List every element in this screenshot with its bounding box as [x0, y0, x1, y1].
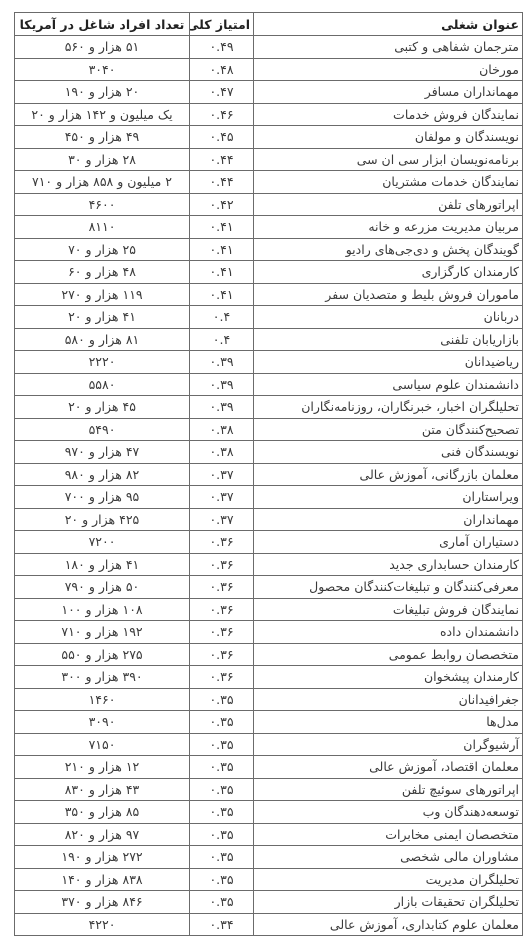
job-title-cell: آرشیوگران	[254, 733, 523, 756]
table-row: کارمندان حسابداری جدید۰.۳۶۴۱ هزار و ۱۸۰	[15, 553, 523, 576]
score-cell: ۰.۴۱	[190, 238, 254, 261]
job-title-cell: برنامه‌نویسان ابزار سی ان سی	[254, 148, 523, 171]
table-row: نمایندگان فروش تبلیغات۰.۳۶۱۰۸ هزار و ۱۰۰	[15, 598, 523, 621]
score-cell: ۰.۴۸	[190, 58, 254, 81]
job-title-cell: معلمان بازرگانی، آموزش عالی	[254, 463, 523, 486]
employment-count-cell: ۴۲۲۰	[15, 913, 190, 936]
job-title-cell: متخصصان ایمنی مخابرات	[254, 823, 523, 846]
table-row: نمایندگان خدمات مشتریان۰.۴۴۲ میلیون و ۸۵…	[15, 171, 523, 194]
score-cell: ۰.۴۱	[190, 261, 254, 284]
score-cell: ۰.۳۹	[190, 373, 254, 396]
score-cell: ۰.۳۵	[190, 801, 254, 824]
table-row: کارمندان پیشخوان۰.۳۶۳۹۰ هزار و ۳۰۰	[15, 666, 523, 689]
table-row: مهمانداران۰.۳۷۴۲۵ هزار و ۲۰	[15, 508, 523, 531]
employment-count-cell: ۴۲۵ هزار و ۲۰	[15, 508, 190, 531]
job-title-cell: گویندگان پخش و دی‌جی‌های رادیو	[254, 238, 523, 261]
job-title-cell: اپراتورهای سوئیچ تلفن	[254, 778, 523, 801]
table-row: توسعه‌دهندگان وب۰.۳۵۸۵ هزار و ۳۵۰	[15, 801, 523, 824]
employment-count-cell: ۴۶۰۰	[15, 193, 190, 216]
score-cell: ۰.۳۵	[190, 823, 254, 846]
table-row: آرشیوگران۰.۳۵۷۱۵۰	[15, 733, 523, 756]
employment-count-cell: ۱۹۲ هزار و ۷۱۰	[15, 621, 190, 644]
header-us-employment: تعداد افراد شاغل در آمریکا	[15, 13, 190, 36]
job-title-cell: کارمندان پیشخوان	[254, 666, 523, 689]
job-title-cell: تحلیلگران اخبار، خبرنگاران، روزنامه‌نگار…	[254, 396, 523, 419]
employment-count-cell: ۴۱ هزار و ۲۰	[15, 306, 190, 329]
employment-count-cell: ۷۲۰۰	[15, 531, 190, 554]
job-title-cell: معرفی‌کنندگان و تبلیغات‌کنندگان محصول	[254, 576, 523, 599]
score-cell: ۰.۳۵	[190, 756, 254, 779]
score-cell: ۰.۳۷	[190, 508, 254, 531]
employment-count-cell: ۴۳ هزار و ۸۳۰	[15, 778, 190, 801]
score-cell: ۰.۳۴	[190, 913, 254, 936]
table-row: ماموران فروش بلیط و متصدیان سفر۰.۴۱۱۱۹ ه…	[15, 283, 523, 306]
job-title-cell: تحلیلگران تحقیقات بازار	[254, 891, 523, 914]
job-title-cell: تحلیلگران مدیریت	[254, 868, 523, 891]
score-cell: ۰.۴۷	[190, 81, 254, 104]
table-row: معرفی‌کنندگان و تبلیغات‌کنندگان محصول۰.۳…	[15, 576, 523, 599]
employment-count-cell: ۸۲ هزار و ۹۸۰	[15, 463, 190, 486]
score-cell: ۰.۴۶	[190, 103, 254, 126]
employment-count-cell: ۵۵۸۰	[15, 373, 190, 396]
job-title-cell: مترجمان شفاهی و کتبی	[254, 36, 523, 59]
score-cell: ۰.۳۶	[190, 531, 254, 554]
employment-count-cell: ۸۵ هزار و ۳۵۰	[15, 801, 190, 824]
score-cell: ۰.۳۷	[190, 486, 254, 509]
job-title-cell: ریاضیدانان	[254, 351, 523, 374]
employment-count-cell: ۹۵ هزار و ۷۰۰	[15, 486, 190, 509]
employment-count-cell: ۵۰ هزار و ۷۹۰	[15, 576, 190, 599]
employment-count-cell: ۴۵ هزار و ۲۰	[15, 396, 190, 419]
table-row: متخصصان روابط عمومی۰.۳۶۲۷۵ هزار و ۵۵۰	[15, 643, 523, 666]
score-cell: ۰.۴۴	[190, 171, 254, 194]
score-cell: ۰.۴۵	[190, 126, 254, 149]
table-row: دانشمندان داده۰.۳۶۱۹۲ هزار و ۷۱۰	[15, 621, 523, 644]
score-cell: ۰.۴۴	[190, 148, 254, 171]
score-cell: ۰.۳۵	[190, 778, 254, 801]
employment-count-cell: ۱۱۹ هزار و ۲۷۰	[15, 283, 190, 306]
score-cell: ۰.۳۹	[190, 396, 254, 419]
table-body: مترجمان شفاهی و کتبی۰.۴۹۵۱ هزار و ۵۶۰مور…	[15, 36, 523, 936]
job-title-cell: دانشمندان داده	[254, 621, 523, 644]
score-cell: ۰.۳۹	[190, 351, 254, 374]
job-title-cell: متخصصان روابط عمومی	[254, 643, 523, 666]
employment-count-cell: ۸۱۱۰	[15, 216, 190, 239]
job-title-cell: توسعه‌دهندگان وب	[254, 801, 523, 824]
job-title-cell: مربیان مدیریت مزرعه و خانه	[254, 216, 523, 239]
employment-count-cell: ۱۴۶۰	[15, 688, 190, 711]
job-title-cell: دانشمندان علوم سیاسی	[254, 373, 523, 396]
table-row: نویسندگان و مولفان۰.۴۵۴۹ هزار و ۴۵۰	[15, 126, 523, 149]
employment-count-cell: ۴۹ هزار و ۴۵۰	[15, 126, 190, 149]
employment-count-cell: ۳۰۴۰	[15, 58, 190, 81]
score-cell: ۰.۳۶	[190, 643, 254, 666]
job-title-cell: جغرافیدانان	[254, 688, 523, 711]
table-row: مشاوران مالی شخصی۰.۳۵۲۷۲ هزار و ۱۹۰	[15, 846, 523, 869]
job-title-cell: نمایندگان فروش تبلیغات	[254, 598, 523, 621]
table-row: دستیاران آماری۰.۳۶۷۲۰۰	[15, 531, 523, 554]
employment-count-cell: ۲۲۲۰	[15, 351, 190, 374]
table-row: بازاریابان تلفنی۰.۴۸۱ هزار و ۵۸۰	[15, 328, 523, 351]
employment-count-cell: یک میلیون و ۱۴۲ هزار و ۲۰	[15, 103, 190, 126]
table-row: دربانان۰.۴۴۱ هزار و ۲۰	[15, 306, 523, 329]
employment-count-cell: ۲۵ هزار و ۷۰	[15, 238, 190, 261]
employment-count-cell: ۲۸ هزار و ۳۰	[15, 148, 190, 171]
score-cell: ۰.۳۵	[190, 733, 254, 756]
table-row: تحلیلگران تحقیقات بازار۰.۳۵۸۴۶ هزار و ۳۷…	[15, 891, 523, 914]
score-cell: ۰.۳۶	[190, 576, 254, 599]
table-row: ویراستاران۰.۳۷۹۵ هزار و ۷۰۰	[15, 486, 523, 509]
table-row: تحلیلگران اخبار، خبرنگاران، روزنامه‌نگار…	[15, 396, 523, 419]
score-cell: ۰.۴۱	[190, 283, 254, 306]
employment-count-cell: ۴۸ هزار و ۶۰	[15, 261, 190, 284]
job-title-cell: نویسندگان فنی	[254, 441, 523, 464]
table-row: مدل‌ها۰.۳۵۳۰۹۰	[15, 711, 523, 734]
header-overall-score: امتیاز کلی	[190, 13, 254, 36]
table-row: متخصصان ایمنی مخابرات۰.۳۵۹۷ هزار و ۸۲۰	[15, 823, 523, 846]
job-title-cell: مورخان	[254, 58, 523, 81]
table-row: معلمان بازرگانی، آموزش عالی۰.۳۷۸۲ هزار و…	[15, 463, 523, 486]
employment-count-cell: ۲۷۲ هزار و ۱۹۰	[15, 846, 190, 869]
employment-count-cell: ۳۰۹۰	[15, 711, 190, 734]
job-title-cell: مهمانداران مسافر	[254, 81, 523, 104]
job-title-cell: ویراستاران	[254, 486, 523, 509]
employment-count-cell: ۴۷ هزار و ۹۷۰	[15, 441, 190, 464]
header-job-title: عنوان شغلی	[254, 13, 523, 36]
score-cell: ۰.۴۱	[190, 216, 254, 239]
job-title-cell: مشاوران مالی شخصی	[254, 846, 523, 869]
table-row: نویسندگان فنی۰.۳۸۴۷ هزار و ۹۷۰	[15, 441, 523, 464]
table-row: مهمانداران مسافر۰.۴۷۲۰ هزار و ۱۹۰	[15, 81, 523, 104]
employment-count-cell: ۲ میلیون و ۸۵۸ هزار و ۷۱۰	[15, 171, 190, 194]
score-cell: ۰.۴	[190, 306, 254, 329]
job-title-cell: کارمندان کارگزاری	[254, 261, 523, 284]
employment-count-cell: ۳۹۰ هزار و ۳۰۰	[15, 666, 190, 689]
job-title-cell: معلمان اقتصاد، آموزش عالی	[254, 756, 523, 779]
score-cell: ۰.۳۶	[190, 621, 254, 644]
score-cell: ۰.۳۷	[190, 463, 254, 486]
job-title-cell: نمایندگان خدمات مشتریان	[254, 171, 523, 194]
score-cell: ۰.۴۲	[190, 193, 254, 216]
employment-count-cell: ۵۱ هزار و ۵۶۰	[15, 36, 190, 59]
job-title-cell: معلمان علوم کتابداری، آموزش عالی	[254, 913, 523, 936]
job-title-cell: اپراتورهای تلفن	[254, 193, 523, 216]
table-row: ریاضیدانان۰.۳۹۲۲۲۰	[15, 351, 523, 374]
job-title-cell: نویسندگان و مولفان	[254, 126, 523, 149]
table-row: معلمان اقتصاد، آموزش عالی۰.۳۵۱۲ هزار و ۲…	[15, 756, 523, 779]
employment-count-cell: ۸۱ هزار و ۵۸۰	[15, 328, 190, 351]
table-row: گویندگان پخش و دی‌جی‌های رادیو۰.۴۱۲۵ هزا…	[15, 238, 523, 261]
job-title-cell: مدل‌ها	[254, 711, 523, 734]
table-row: اپراتورهای سوئیچ تلفن۰.۳۵۴۳ هزار و ۸۳۰	[15, 778, 523, 801]
job-title-cell: کارمندان حسابداری جدید	[254, 553, 523, 576]
score-cell: ۰.۳۶	[190, 553, 254, 576]
job-title-cell: ماموران فروش بلیط و متصدیان سفر	[254, 283, 523, 306]
employment-count-cell: ۱۲ هزار و ۲۱۰	[15, 756, 190, 779]
table-row: کارمندان کارگزاری۰.۴۱۴۸ هزار و ۶۰	[15, 261, 523, 284]
table-row: نمایندگان فروش خدمات۰.۴۶یک میلیون و ۱۴۲ …	[15, 103, 523, 126]
table-row: مترجمان شفاهی و کتبی۰.۴۹۵۱ هزار و ۵۶۰	[15, 36, 523, 59]
table-row: تصحیح‌کنندگان متن۰.۳۸۵۴۹۰	[15, 418, 523, 441]
score-cell: ۰.۳۵	[190, 846, 254, 869]
table-row: دانشمندان علوم سیاسی۰.۳۹۵۵۸۰	[15, 373, 523, 396]
score-cell: ۰.۴۹	[190, 36, 254, 59]
score-cell: ۰.۴	[190, 328, 254, 351]
score-cell: ۰.۳۸	[190, 418, 254, 441]
employment-count-cell: ۷۱۵۰	[15, 733, 190, 756]
job-title-cell: نمایندگان فروش خدمات	[254, 103, 523, 126]
employment-count-cell: ۲۰ هزار و ۱۹۰	[15, 81, 190, 104]
table-row: اپراتورهای تلفن۰.۴۲۴۶۰۰	[15, 193, 523, 216]
header-row: عنوان شغلی امتیاز کلی تعداد افراد شاغل د…	[15, 13, 523, 36]
employment-count-cell: ۵۴۹۰	[15, 418, 190, 441]
table-row: تحلیلگران مدیریت۰.۳۵۸۳۸ هزار و ۱۴۰	[15, 868, 523, 891]
table-row: مورخان۰.۴۸۳۰۴۰	[15, 58, 523, 81]
table-row: مربیان مدیریت مزرعه و خانه۰.۴۱۸۱۱۰	[15, 216, 523, 239]
employment-count-cell: ۸۴۶ هزار و ۳۷۰	[15, 891, 190, 914]
jobs-table: عنوان شغلی امتیاز کلی تعداد افراد شاغل د…	[14, 12, 523, 936]
job-title-cell: بازاریابان تلفنی	[254, 328, 523, 351]
employment-count-cell: ۲۷۵ هزار و ۵۵۰	[15, 643, 190, 666]
score-cell: ۰.۳۶	[190, 598, 254, 621]
table-row: جغرافیدانان۰.۳۵۱۴۶۰	[15, 688, 523, 711]
table-row: معلمان علوم کتابداری، آموزش عالی۰.۳۴۴۲۲۰	[15, 913, 523, 936]
score-cell: ۰.۳۵	[190, 868, 254, 891]
job-title-cell: دربانان	[254, 306, 523, 329]
score-cell: ۰.۳۸	[190, 441, 254, 464]
employment-count-cell: ۱۰۸ هزار و ۱۰۰	[15, 598, 190, 621]
job-title-cell: مهمانداران	[254, 508, 523, 531]
employment-count-cell: ۴۱ هزار و ۱۸۰	[15, 553, 190, 576]
score-cell: ۰.۳۵	[190, 711, 254, 734]
job-title-cell: دستیاران آماری	[254, 531, 523, 554]
score-cell: ۰.۳۵	[190, 891, 254, 914]
job-title-cell: تصحیح‌کنندگان متن	[254, 418, 523, 441]
employment-count-cell: ۸۳۸ هزار و ۱۴۰	[15, 868, 190, 891]
employment-count-cell: ۹۷ هزار و ۸۲۰	[15, 823, 190, 846]
table-row: برنامه‌نویسان ابزار سی ان سی۰.۴۴۲۸ هزار …	[15, 148, 523, 171]
score-cell: ۰.۳۶	[190, 666, 254, 689]
score-cell: ۰.۳۵	[190, 688, 254, 711]
